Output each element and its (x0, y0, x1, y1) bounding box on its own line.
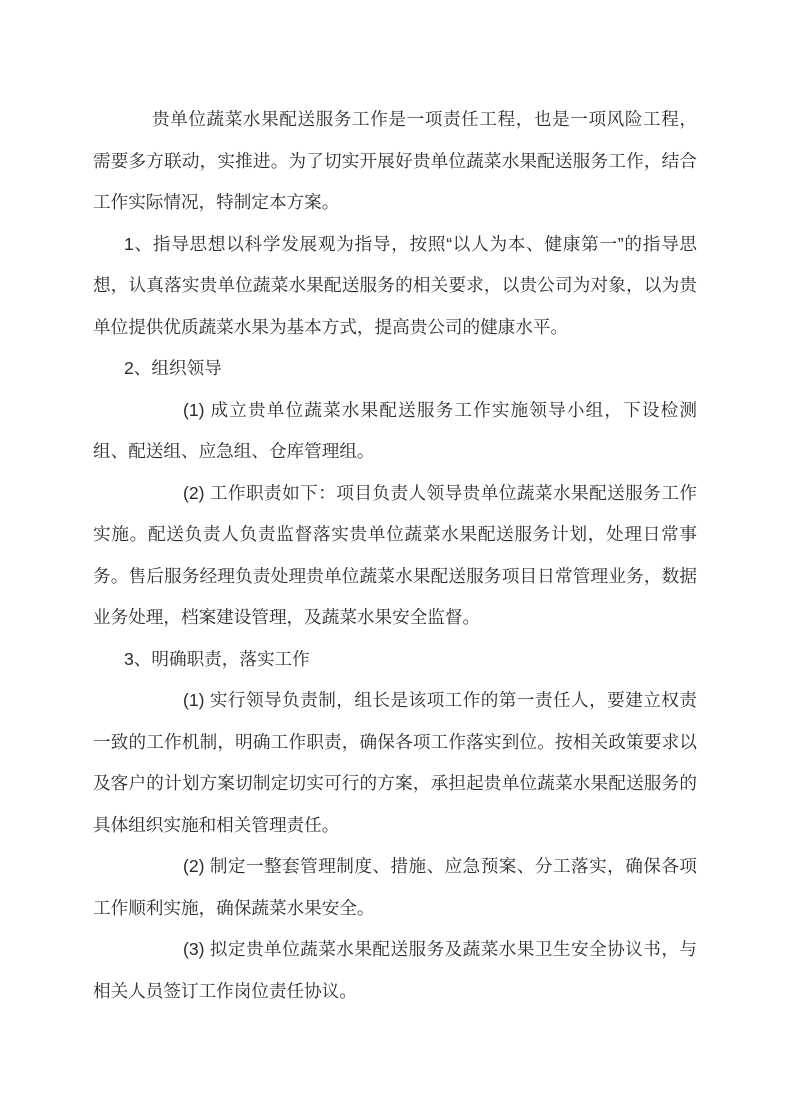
paragraph-section-2-item-1: (1) 成立贵单位蔬菜水果配送服务工作实施领导小组，下设检测组、配送组、应急组、… (93, 390, 697, 473)
paragraph-section-2-item-2: (2) 工作职责如下：项目负责人领导贵单位蔬菜水果配送服务工作实施。配送负责人负… (93, 473, 697, 639)
paragraph-section-3-item-3: (3) 拟定贵单位蔬菜水果配送服务及蔬菜水果卫生安全协议书，与相关人员签订工作岗… (93, 929, 697, 1012)
paragraph-section-3-heading: 3、明确职责，落实工作 (93, 639, 697, 681)
paragraph-section-1-guiding-ideology: 1、指导思想以科学发展观为指导，按照“以人为本、健康第一”的指导思想，认真落实贵… (93, 224, 697, 349)
paragraph-section-3-item-1: (1) 实行领导负责制，组长是该项工作的第一责任人，要建立权责一致的工作机制，明… (93, 680, 697, 846)
document-content: 贵单位蔬菜水果配送服务工作是一项责任工程，也是一项风险工程，需要多方联动，实推进… (93, 99, 697, 1012)
paragraph-section-2-heading: 2、组织领导 (93, 348, 697, 390)
paragraph-section-3-item-2: (2) 制定一整套管理制度、措施、应急预案、分工落实，确保各项工作顺利实施，确保… (93, 846, 697, 929)
paragraph-intro: 贵单位蔬菜水果配送服务工作是一项责任工程，也是一项风险工程，需要多方联动，实推进… (93, 99, 697, 224)
document-page: 贵单位蔬菜水果配送服务工作是一项责任工程，也是一项风险工程，需要多方联动，实推进… (0, 0, 790, 1118)
